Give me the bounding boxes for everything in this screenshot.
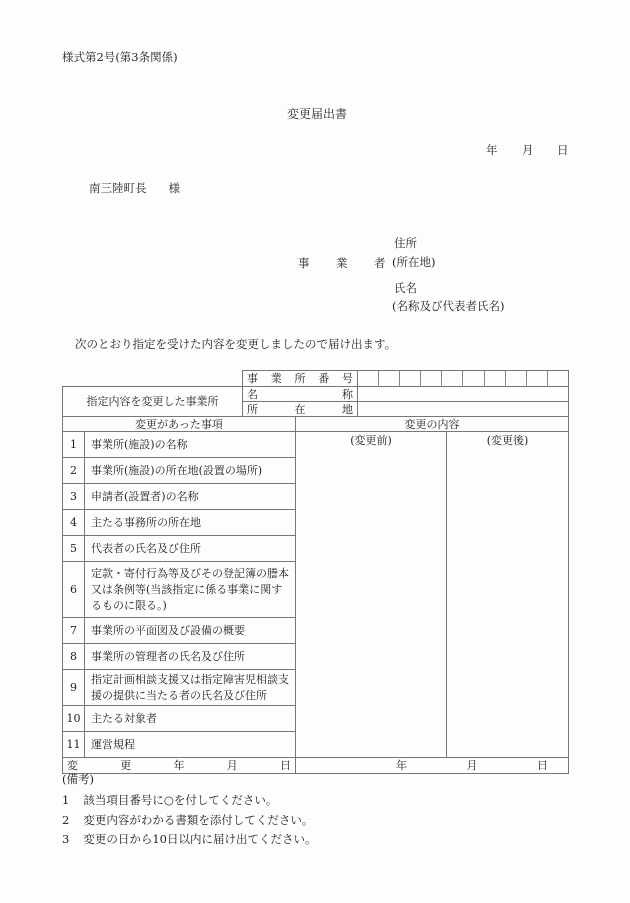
office-location-label: 所在地: [243, 402, 358, 417]
change-date-label: 変更年月日: [63, 758, 296, 774]
note-item: 2変更内容がわかる書類を添付してください。: [62, 812, 313, 828]
office-name-label: 名称: [243, 387, 358, 402]
date-day-label: 日: [557, 142, 569, 158]
date-month-label: 月: [522, 142, 534, 158]
office-number-boxes[interactable]: [358, 371, 569, 387]
change-item: 代表者の氏名及び住所: [85, 536, 296, 562]
change-item: 運営規程: [85, 732, 296, 758]
intro-text: 次のとおり指定を受けた内容を変更しましたので届け出ます。: [75, 336, 396, 352]
note-item: 1該当項目番号に○を付してください。: [62, 792, 277, 808]
change-item: 主たる事務所の所在地: [85, 510, 296, 536]
office-number-box[interactable]: [527, 371, 548, 386]
change-item: 指定計画相談支援又は指定障害児相談支援の提供に当たる者の氏名及び住所: [85, 670, 296, 706]
addressee-name: 南三陸町長: [89, 181, 147, 195]
change-item: 定款・寄付行為等及びその登記簿の謄本又は条例等(当該指定に係る事業に関するものに…: [85, 562, 296, 618]
office-number-box[interactable]: [506, 371, 527, 386]
office-number-box[interactable]: [442, 371, 463, 386]
office-number-box[interactable]: [463, 371, 484, 386]
addressee: 南三陸町長様: [89, 180, 180, 196]
before-label: (変更前): [350, 434, 392, 447]
item-number[interactable]: 5: [63, 536, 85, 562]
change-item: 主たる対象者: [85, 706, 296, 732]
item-number[interactable]: 2: [63, 458, 85, 484]
office-number-label: 事業所番号: [243, 371, 358, 387]
office-name-field[interactable]: [358, 387, 569, 402]
change-content-header: 変更の内容: [296, 417, 569, 432]
office-number-box[interactable]: [358, 371, 379, 386]
item-number[interactable]: 7: [63, 618, 85, 644]
after-change-field[interactable]: (変更後): [447, 432, 569, 758]
office-number-box[interactable]: [421, 371, 442, 386]
honorific: 様: [169, 181, 181, 195]
change-item: 事業所(施設)の所在地(設置の場所): [85, 458, 296, 484]
form-id: 様式第2号(第3条関係): [62, 49, 178, 65]
before-change-field[interactable]: (変更前): [296, 432, 447, 758]
change-date-field[interactable]: 年月日: [296, 758, 569, 774]
item-number[interactable]: 1: [63, 432, 85, 458]
item-number[interactable]: 8: [63, 644, 85, 670]
item-number[interactable]: 6: [63, 562, 85, 618]
office-number-box[interactable]: [548, 371, 568, 386]
note-item: 3変更の日から10日以内に届け出てください。: [62, 831, 316, 847]
item-number[interactable]: 10: [63, 706, 85, 732]
date-year-label: 年: [486, 142, 498, 158]
item-number[interactable]: 9: [63, 670, 85, 706]
name-sublabel: (名称及び代表者氏名): [392, 298, 504, 314]
office-number-box[interactable]: [379, 371, 400, 386]
changed-office-label: 指定内容を変更した事業所: [63, 387, 243, 417]
office-number-box[interactable]: [485, 371, 506, 386]
after-label: (変更後): [487, 434, 529, 447]
office-location-field[interactable]: [358, 402, 569, 417]
notes-title: (備考): [62, 771, 94, 787]
address-sublabel: (所在地): [392, 254, 435, 270]
document-title: 変更届出書: [287, 105, 347, 122]
office-number-box[interactable]: [400, 371, 421, 386]
name-label: 氏名: [394, 280, 417, 296]
change-item: 事業所(施設)の名称: [85, 432, 296, 458]
changed-items-header: 変更があった事項: [63, 417, 296, 432]
change-item: 事業所の管理者の氏名及び住所: [85, 644, 296, 670]
item-number[interactable]: 4: [63, 510, 85, 536]
change-item: 申請者(設置者)の名称: [85, 484, 296, 510]
address-label: 住所: [394, 235, 417, 251]
item-number[interactable]: 11: [63, 732, 85, 758]
change-item: 事業所の平面図及び設備の概要: [85, 618, 296, 644]
item-number[interactable]: 3: [63, 484, 85, 510]
change-table: 事業所番号 指定内容を変更した事業所 名称 所在地: [62, 370, 569, 774]
applicant-label: 事業者: [298, 255, 386, 271]
